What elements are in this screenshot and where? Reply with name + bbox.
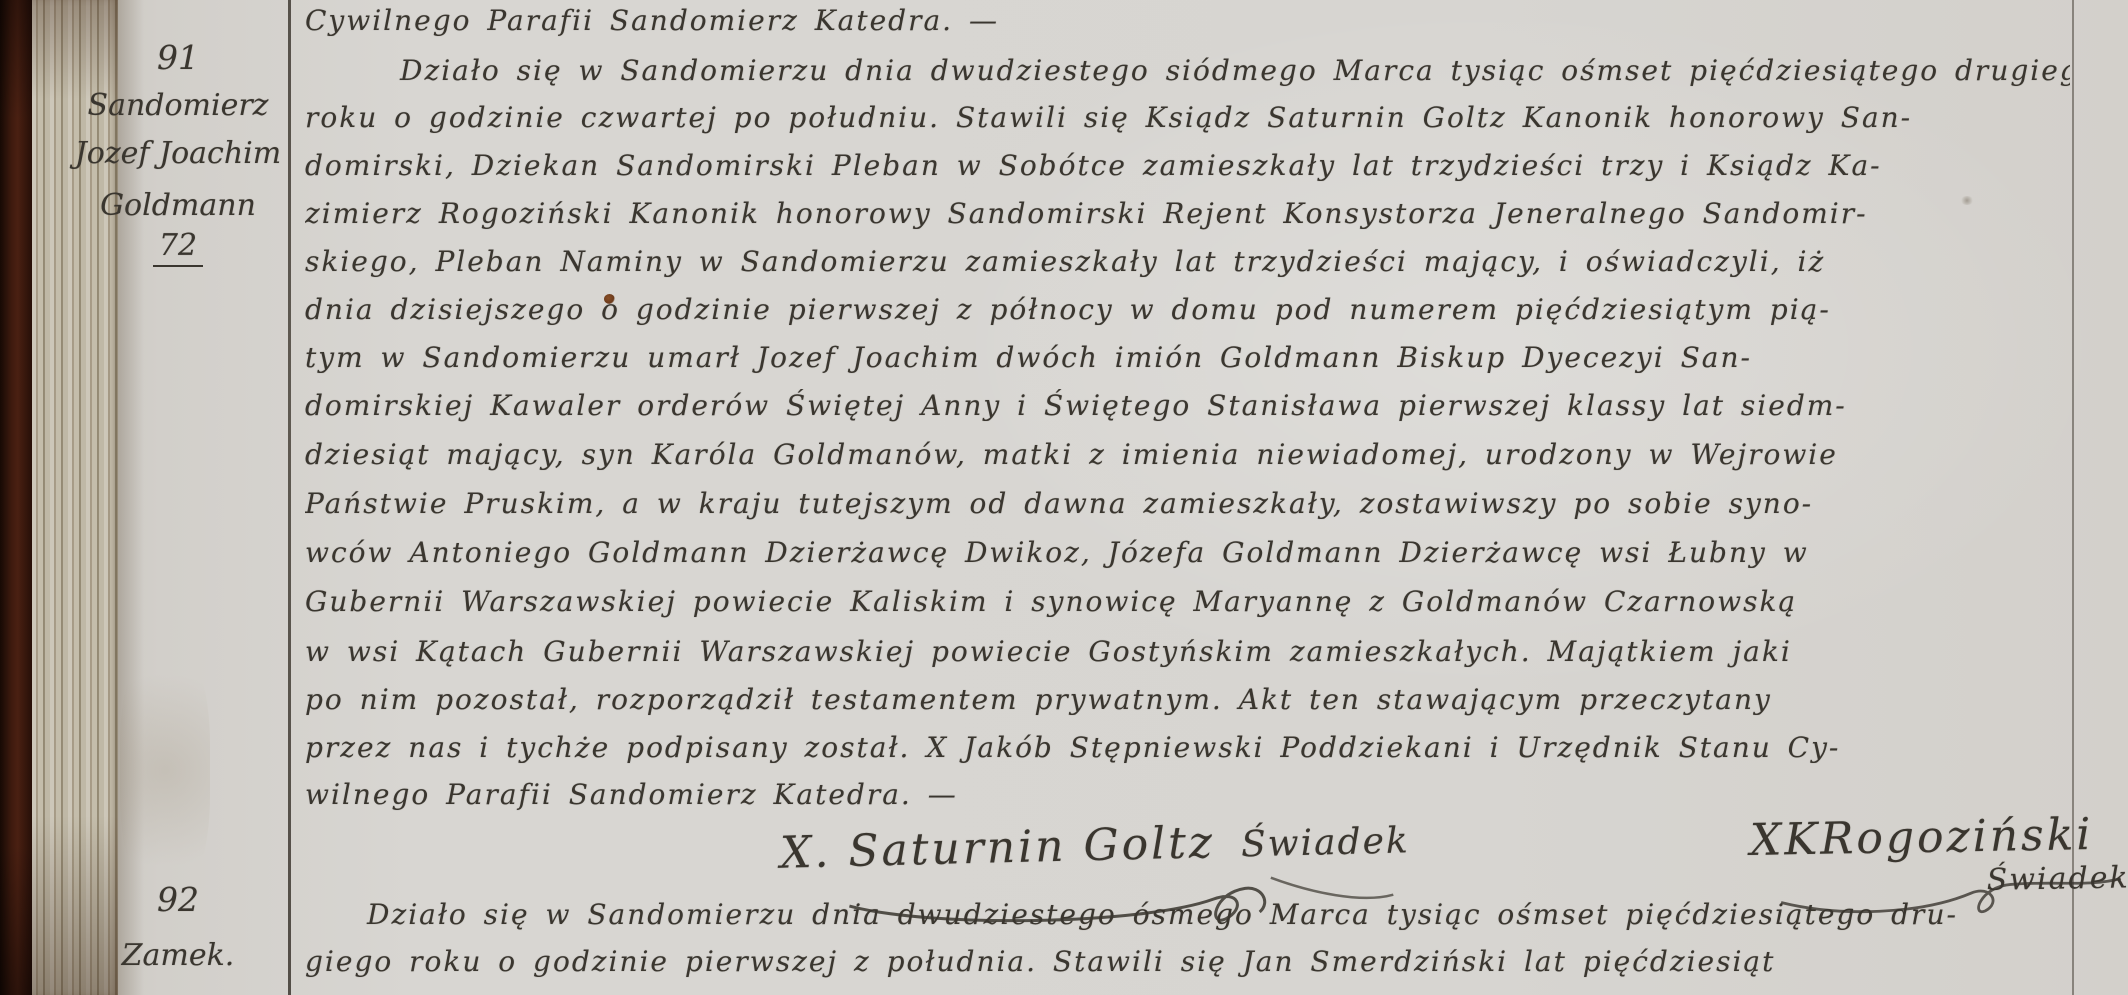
margin-column-rule [288, 0, 291, 995]
book-binding [0, 0, 32, 995]
record-91-line: zimierz Rogoziński Kanonik honorowy Sand… [305, 197, 2070, 230]
record-91-line: wców Antoniego Goldmann Dzierżawcę Dwiko… [305, 536, 2070, 569]
record-91-line: domirskiej Kawaler orderów Świętej Anny … [305, 389, 2070, 422]
record-91-line: dziesiąt mający, syn Karóla Goldmanów, m… [305, 438, 2070, 471]
register-page-scan: 91 Sandomierz Jozef Joachim Goldmann 72 … [0, 0, 2128, 995]
signature-rogozinski-witness-word: Świadek [1986, 860, 2128, 897]
record-92-number: 92 [70, 880, 286, 919]
record-91-line: Działo się w Sandomierzu dnia dwudzieste… [305, 54, 2070, 87]
record-91-number: 91 [70, 38, 286, 77]
entry-text-column: Cywilnego Parafii Sandomierz Katedra. — … [305, 0, 2070, 995]
record-91-place: Sandomierz [70, 88, 286, 123]
signature-rogozinski: XKRogoziński Świadek [1750, 809, 2094, 866]
record-92-line: Działo się w Sandomierzu dnia dwudzieste… [305, 898, 2070, 931]
signature-goltz: X. Saturnin GoltzŚwiadek [779, 812, 1410, 878]
record-91-line: roku o godzinie czwartej po południu. St… [305, 101, 2070, 134]
record-91-line: przez nas i tychże podpisany został. X J… [305, 731, 2070, 764]
record-91-age-value: 72 [153, 228, 203, 267]
record-92-line: giego roku o godzinie pierwszej z połudn… [305, 945, 2070, 978]
record-92-place: Zamek. [70, 938, 286, 973]
record-91-line: tym w Sandomierzu umarł Jozef Joachim dw… [305, 341, 2070, 374]
signature-goltz-witness-word: Świadek [1241, 820, 1411, 865]
record-91-age: 72 [70, 228, 286, 263]
margin-column: 91 Sandomierz Jozef Joachim Goldmann 72 … [70, 0, 286, 995]
signature-goltz-name: X. Saturnin Goltz [779, 817, 1215, 879]
record-91-line: domirski, Dziekan Sandomirski Pleban w S… [305, 149, 2070, 182]
record-91-line: w wsi Kątach Gubernii Warszawskiej powie… [305, 635, 2070, 668]
record-91-line: wilnego Parafii Sandomierz Katedra. — [305, 778, 2070, 811]
record-91-line: Gubernii Warszawskiej powiecie Kaliskim … [305, 585, 2070, 618]
record-91-line: skiego, Pleban Naminy w Sandomierzu zami… [305, 245, 2070, 278]
record-91-line: po nim pozostał, rozporządził testamente… [305, 683, 2070, 716]
record-91-name-line1: Jozef Joachim [70, 136, 286, 171]
record-91-line: dnia dzisiejszego o godzinie pierwszej z… [305, 293, 2070, 326]
signature-rogozinski-name: XKRogoziński [1750, 809, 2094, 866]
record-91-name-line2: Goldmann [70, 188, 286, 223]
previous-entry-tail: Cywilnego Parafii Sandomierz Katedra. — [305, 4, 2070, 37]
record-91-line: Państwie Pruskim, a w kraju tutejszym od… [305, 487, 2070, 520]
